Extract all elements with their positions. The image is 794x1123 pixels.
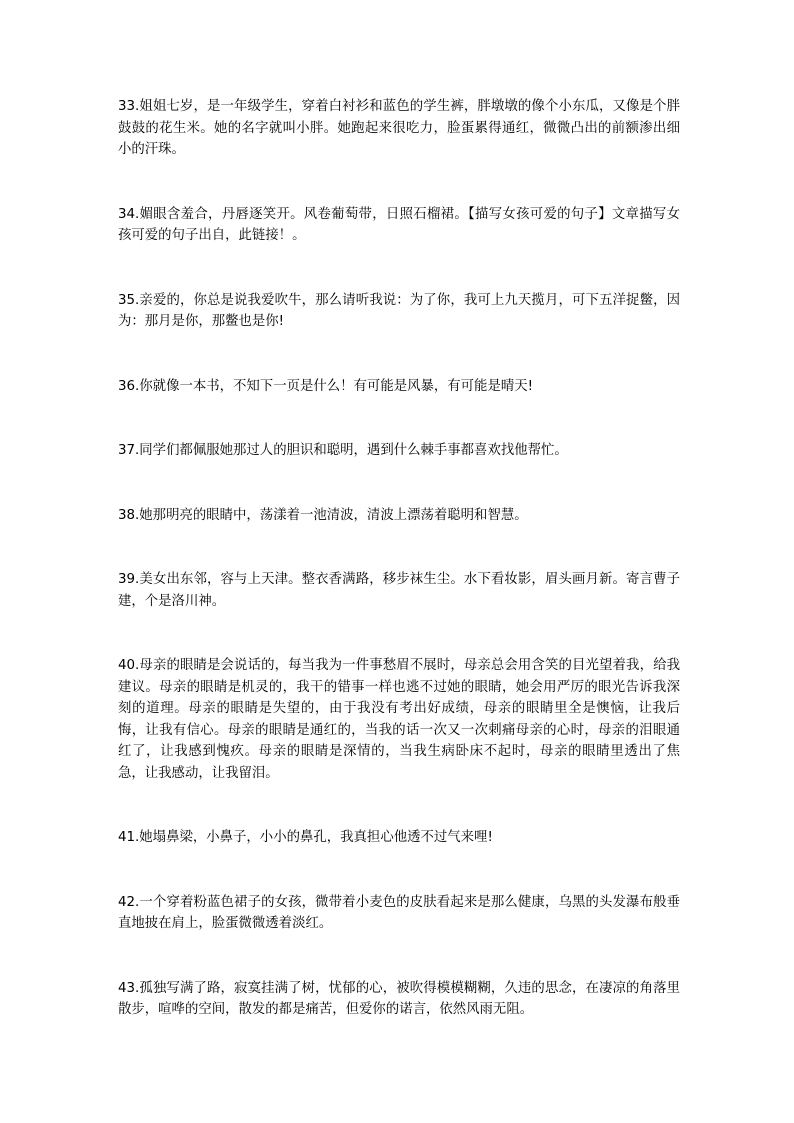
paragraph-36: 36.你就像一本书，不知下一页是什么！有可能是风暴，有可能是晴天! [118,376,680,398]
paragraph-gap [118,935,680,978]
paragraph-33: 33.姐姐七岁，是一年级学生，穿着白衬衫和蓝色的学生裤，胖墩墩的像个小东瓜，又像… [118,96,680,161]
paragraph-gap [118,612,680,655]
paragraph-38: 38.她那明亮的眼睛中，荡漾着一池清波，清波上漂荡着聪明和智慧。 [118,505,680,527]
paragraph-gap [118,526,680,569]
paragraph-gap [118,161,680,204]
paragraph-gap [118,784,680,827]
paragraph-39: 39.美女出东邻，容与上天津。整衣香满路，移步袜生尘。水下看妆影，眉头画月新。寄… [118,569,680,612]
paragraph-42: 42.一个穿着粉蓝色裙子的女孩，微带着小麦色的皮肤看起来是那么健康，乌黑的头发瀑… [118,892,680,935]
paragraph-34: 34.媚眼含羞合，丹唇逐笑开。风卷葡萄带，日照石榴裙。【描写女孩可爱的句子】文章… [118,204,680,247]
paragraph-41: 41.她塌鼻梁，小鼻子，小小的鼻孔，我真担心他透不过气来哩! [118,827,680,849]
paragraph-gap [118,247,680,290]
paragraph-40: 40.母亲的眼睛是会说话的，每当我为一件事愁眉不展时，母亲总会用含笑的目光望着我… [118,655,680,784]
paragraph-35: 35.亲爱的，你总是说我爱吹牛，那么请听我说：为了你，我可上九天揽月，可下五洋捉… [118,290,680,333]
paragraph-43: 43.孤独写满了路，寂寞挂满了树，忧郁的心，被吹得模模糊糊，久违的思念，在凄凉的… [118,978,680,1021]
paragraph-gap [118,333,680,376]
document-page: 33.姐姐七岁，是一年级学生，穿着白衬衫和蓝色的学生裤，胖墩墩的像个小东瓜，又像… [118,96,680,1021]
paragraph-gap [118,462,680,505]
paragraph-gap [118,397,680,440]
paragraph-37: 37.同学们都佩服她那过人的胆识和聪明，遇到什么棘手事都喜欢找他帮忙。 [118,440,680,462]
paragraph-gap [118,849,680,892]
